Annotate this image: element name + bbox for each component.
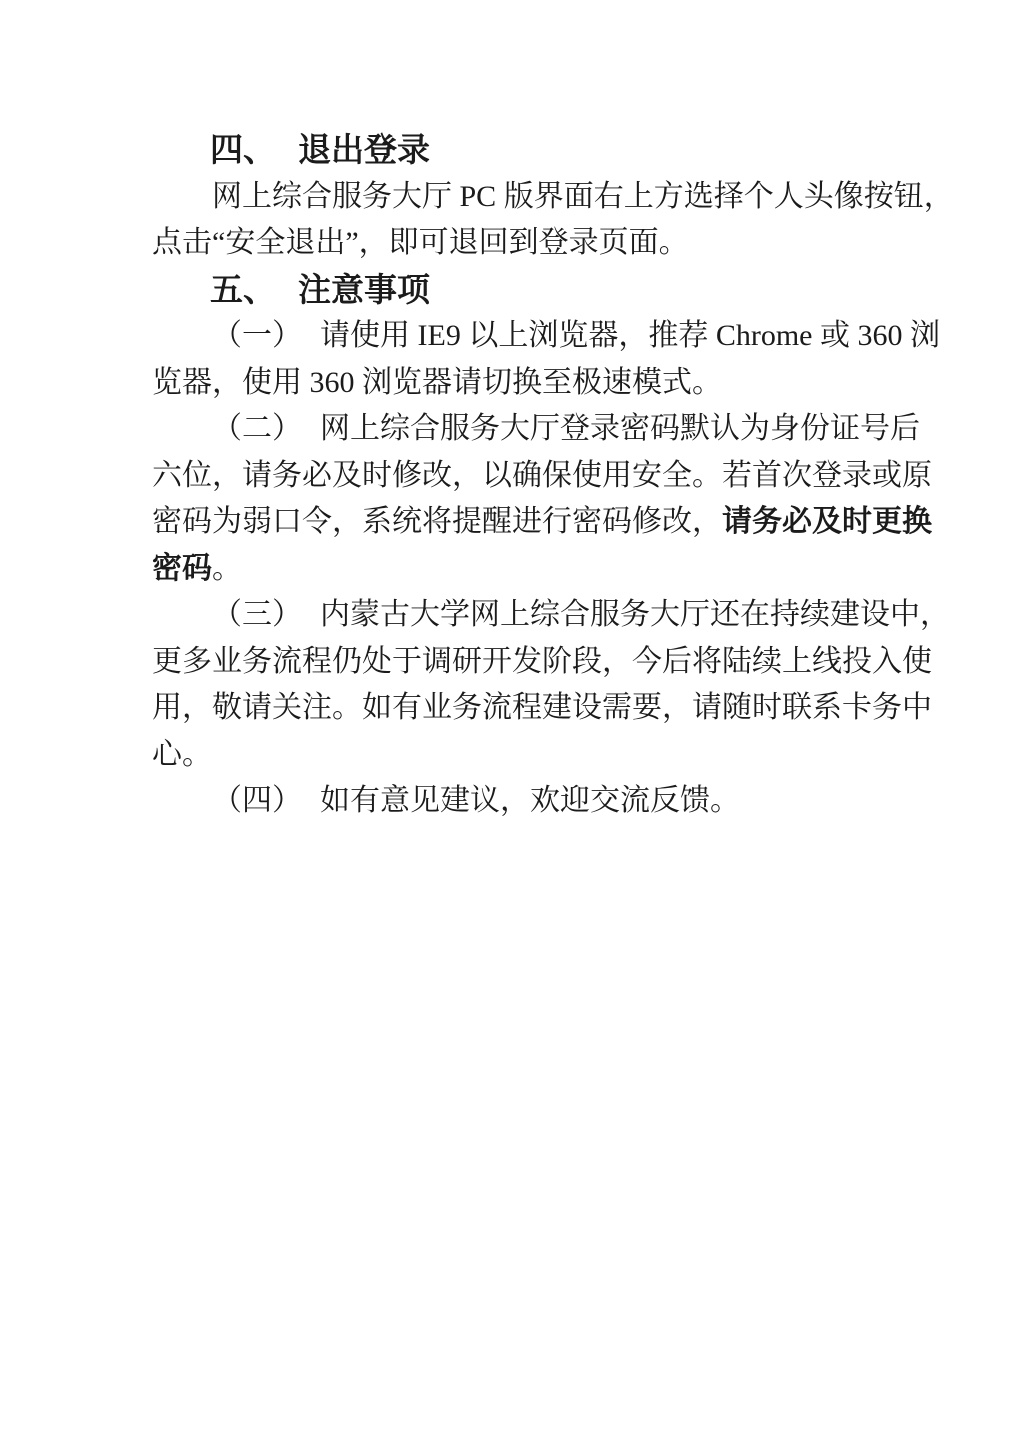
text-line: 网上综合服务大厅 PC 版界面右上方选择个人头像按钮， [152,174,874,221]
text-line: （三）内蒙古大学网上综合服务大厅还在持续建设中， [152,592,874,639]
document-page: 四、退出登录网上综合服务大厅 PC 版界面右上方选择个人头像按钮，点击“安全退出… [0,0,1024,1448]
text-line: 览器，使用 360 浏览器请切换至极速模式。 [152,360,874,407]
text-segment: 请使用 IE9 以上浏览器，推荐 Chrome 或 360 浏 [320,319,940,352]
text-segment: 网上综合服务大厅登录密码默认为身份证号后 [320,412,920,445]
text-line: （一）请使用 IE9 以上浏览器，推荐 Chrome 或 360 浏 [152,313,874,360]
text-line: （四）如有意见建议，欢迎交流反馈。 [152,778,874,825]
text-segment: 用，敬请关注。如有业务流程建设需要，请随时联系卡务中 [152,691,932,724]
emphasized-text: 密码 [152,552,212,585]
list-marker: 五、 [210,271,276,308]
text-segment: 内蒙古大学网上综合服务大厅还在持续建设中， [320,598,950,631]
text-line: 点击“安全退出”，即可退回到登录页面。 [152,220,874,267]
text-line: 密码为弱口令，系统将提醒进行密码修改，请务必及时更换 [152,499,874,546]
text-segment: 注意事项 [298,271,430,308]
text-segment: 如有意见建议，欢迎交流反馈。 [320,784,740,817]
text-segment: 密码为弱口令，系统将提醒进行密码修改， [152,505,722,538]
text-line: （二）网上综合服务大厅登录密码默认为身份证号后 [152,406,874,453]
emphasized-text: 请务必及时更换 [722,505,932,538]
heading-line: 五、注意事项 [152,267,874,314]
text-segment: 网上综合服务大厅 PC 版界面右上方选择个人头像按钮， [212,180,954,213]
text-segment: 更多业务流程仍处于调研开发阶段，今后将陆续上线投入使 [152,645,932,678]
text-segment: 六位，请务必及时修改，以确保使用安全。若首次登录或原 [152,459,932,492]
list-marker: （三） [212,598,302,631]
text-segment: 。 [212,552,242,585]
list-marker: 四、 [210,131,276,168]
text-line: 心。 [152,732,874,779]
text-line: 六位，请务必及时修改，以确保使用安全。若首次登录或原 [152,453,874,500]
text-segment: 览器，使用 360 浏览器请切换至极速模式。 [152,366,722,399]
list-marker: （二） [212,412,302,445]
text-line: 密码。 [152,546,874,593]
text-segment: 心。 [152,738,212,771]
text-segment: 点击“安全退出”，即可退回到登录页面。 [152,226,689,259]
list-marker: （一） [212,319,302,352]
text-segment: 退出登录 [298,131,430,168]
document-text-block: 四、退出登录网上综合服务大厅 PC 版界面右上方选择个人头像按钮，点击“安全退出… [152,127,874,825]
heading-line: 四、退出登录 [152,127,874,174]
list-marker: （四） [212,784,302,817]
text-line: 用，敬请关注。如有业务流程建设需要，请随时联系卡务中 [152,685,874,732]
text-line: 更多业务流程仍处于调研开发阶段，今后将陆续上线投入使 [152,639,874,686]
